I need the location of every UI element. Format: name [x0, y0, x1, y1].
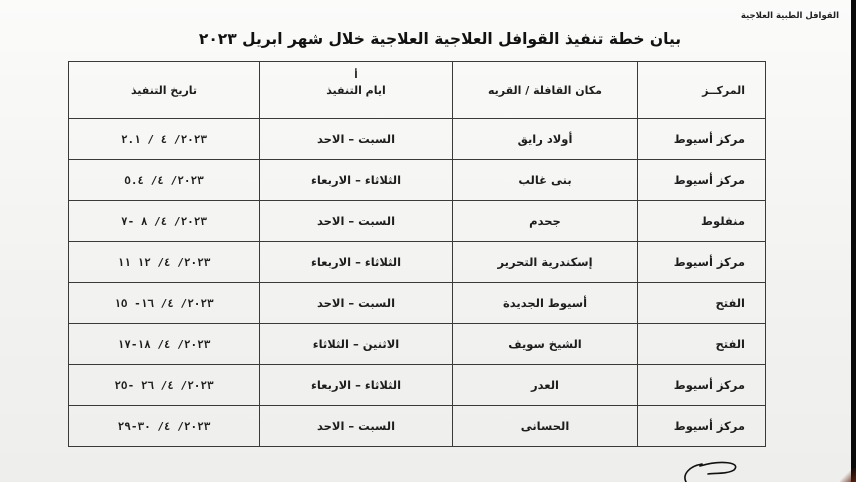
cell-days: السبت – الاحد [260, 283, 453, 324]
cell-center: مركز أسيوط [638, 406, 766, 447]
date-value: ٢٠٢٣/ ٤/ ١٢ ١١ [118, 256, 211, 269]
table-header-row: المركــز مكان القافلة / القريه أ ايام ال… [69, 62, 766, 119]
header-center: المركــز [638, 62, 766, 119]
cell-center: مركز أسيوط [638, 242, 766, 283]
photo-edge [851, 0, 856, 482]
cell-date: ٢٠٢٣/ ٤ / ٢.١ [69, 119, 260, 160]
cell-days: الثلاثاء – الاربعاء [260, 365, 453, 406]
cell-date: ٢٠٢٣/ ٤/ ١٦- ١٥ [69, 283, 260, 324]
scanned-page: القوافل الطبية العلاجية بيان خطة تنفيذ ا… [0, 0, 851, 482]
photo-corner-shadow [840, 468, 856, 482]
organization-header: القوافل الطبية العلاجية [741, 11, 839, 21]
table-row: الفتح الشيخ سويف الاثنين – الثلاثاء ٢٠٢٣… [69, 324, 766, 365]
cell-date: ٢٠٢٣/ ٤/ ١٨-١٧ [69, 324, 260, 365]
cell-center: مركز أسيوط [638, 365, 766, 406]
cell-date: ٢٠٢٣/ ٤/ ٢٦ -٢٥ [69, 365, 260, 406]
table-row: مركز أسيوط الحسانى السبت – الاحد ٢٠٢٣/ ٤… [69, 406, 766, 447]
cell-center: مركز أسيوط [638, 119, 766, 160]
cell-location: الحسانى [453, 406, 638, 447]
cell-days: السبت – الاحد [260, 201, 453, 242]
header-days: أ ايام التنفيذ [260, 62, 453, 119]
table-row: مركز أسيوط أولاد رايق السبت – الاحد ٢٠٢٣… [69, 119, 766, 160]
header-date: تاريخ التنفيذ [69, 62, 260, 119]
header-days-label: ايام التنفيذ [326, 84, 386, 97]
table-row: مركز أسيوط بنى غالب الثلاثاء – الاربعاء … [69, 160, 766, 201]
cell-days: الاثنين – الثلاثاء [260, 324, 453, 365]
cell-days: السبت – الاحد [260, 119, 453, 160]
cell-location: جحدم [453, 201, 638, 242]
caravan-schedule-table: المركــز مكان القافلة / القريه أ ايام ال… [68, 61, 766, 447]
date-value: ٢٠٢٣/ ٤/ ١٦- ١٥ [114, 297, 213, 310]
date-value: ٢٠٢٣/ ٤/ ٣٠-٢٩ [118, 420, 211, 433]
table-row: مركز أسيوط العدر الثلاثاء – الاربعاء ٢٠٢… [69, 365, 766, 406]
document-title: بيان خطة تنفيذ القوافل العلاجية العلاجية… [190, 30, 690, 48]
cell-date: ٢٠٢٣/ ٤/ ٣٠-٢٩ [69, 406, 260, 447]
date-value: ٢٠٢٣/ ٤/ ١٨-١٧ [118, 338, 211, 351]
cell-location: الشيخ سويف [453, 324, 638, 365]
header-days-wrap: أ ايام التنفيذ [326, 84, 386, 97]
cell-location: أسيوط الجديدة [453, 283, 638, 324]
cell-center: الفتح [638, 283, 766, 324]
cell-location: إسكندرية التحرير [453, 242, 638, 283]
table-row: مركز أسيوط إسكندرية التحرير الثلاثاء – ا… [69, 242, 766, 283]
cell-date: ٢٠٢٣/ ٤/ ١٢ ١١ [69, 242, 260, 283]
cell-days: الثلاثاء – الاربعاء [260, 160, 453, 201]
date-value: ٢٠٢٣/ ٤/ ٨ -٧ [121, 215, 207, 228]
cell-location: بنى غالب [453, 160, 638, 201]
cell-center: الفتح [638, 324, 766, 365]
header-location: مكان القافلة / القريه [453, 62, 638, 119]
cell-location: أولاد رايق [453, 119, 638, 160]
cell-location: العدر [453, 365, 638, 406]
date-value: ٢٠٢٣/ ٤ / ٢.١ [121, 133, 207, 146]
cell-days: الثلاثاء – الاربعاء [260, 242, 453, 283]
cell-center: مركز أسيوط [638, 160, 766, 201]
cell-days: السبت – الاحد [260, 406, 453, 447]
schedule-table-container: المركــز مكان القافلة / القريه أ ايام ال… [68, 61, 765, 437]
header-days-mark: أ [354, 70, 357, 81]
date-value: ٢٠٢٣/ ٤/ ٥.٤ [124, 174, 204, 187]
table-row: منفلوط جحدم السبت – الاحد ٢٠٢٣/ ٤/ ٨ -٧ [69, 201, 766, 242]
table-row: الفتح أسيوط الجديدة السبت – الاحد ٢٠٢٣/ … [69, 283, 766, 324]
cell-date: ٢٠٢٣/ ٤/ ٥.٤ [69, 160, 260, 201]
signature-icon [680, 452, 750, 482]
cell-date: ٢٠٢٣/ ٤/ ٨ -٧ [69, 201, 260, 242]
date-value: ٢٠٢٣/ ٤/ ٢٦ -٢٥ [114, 379, 213, 392]
cell-center: منفلوط [638, 201, 766, 242]
